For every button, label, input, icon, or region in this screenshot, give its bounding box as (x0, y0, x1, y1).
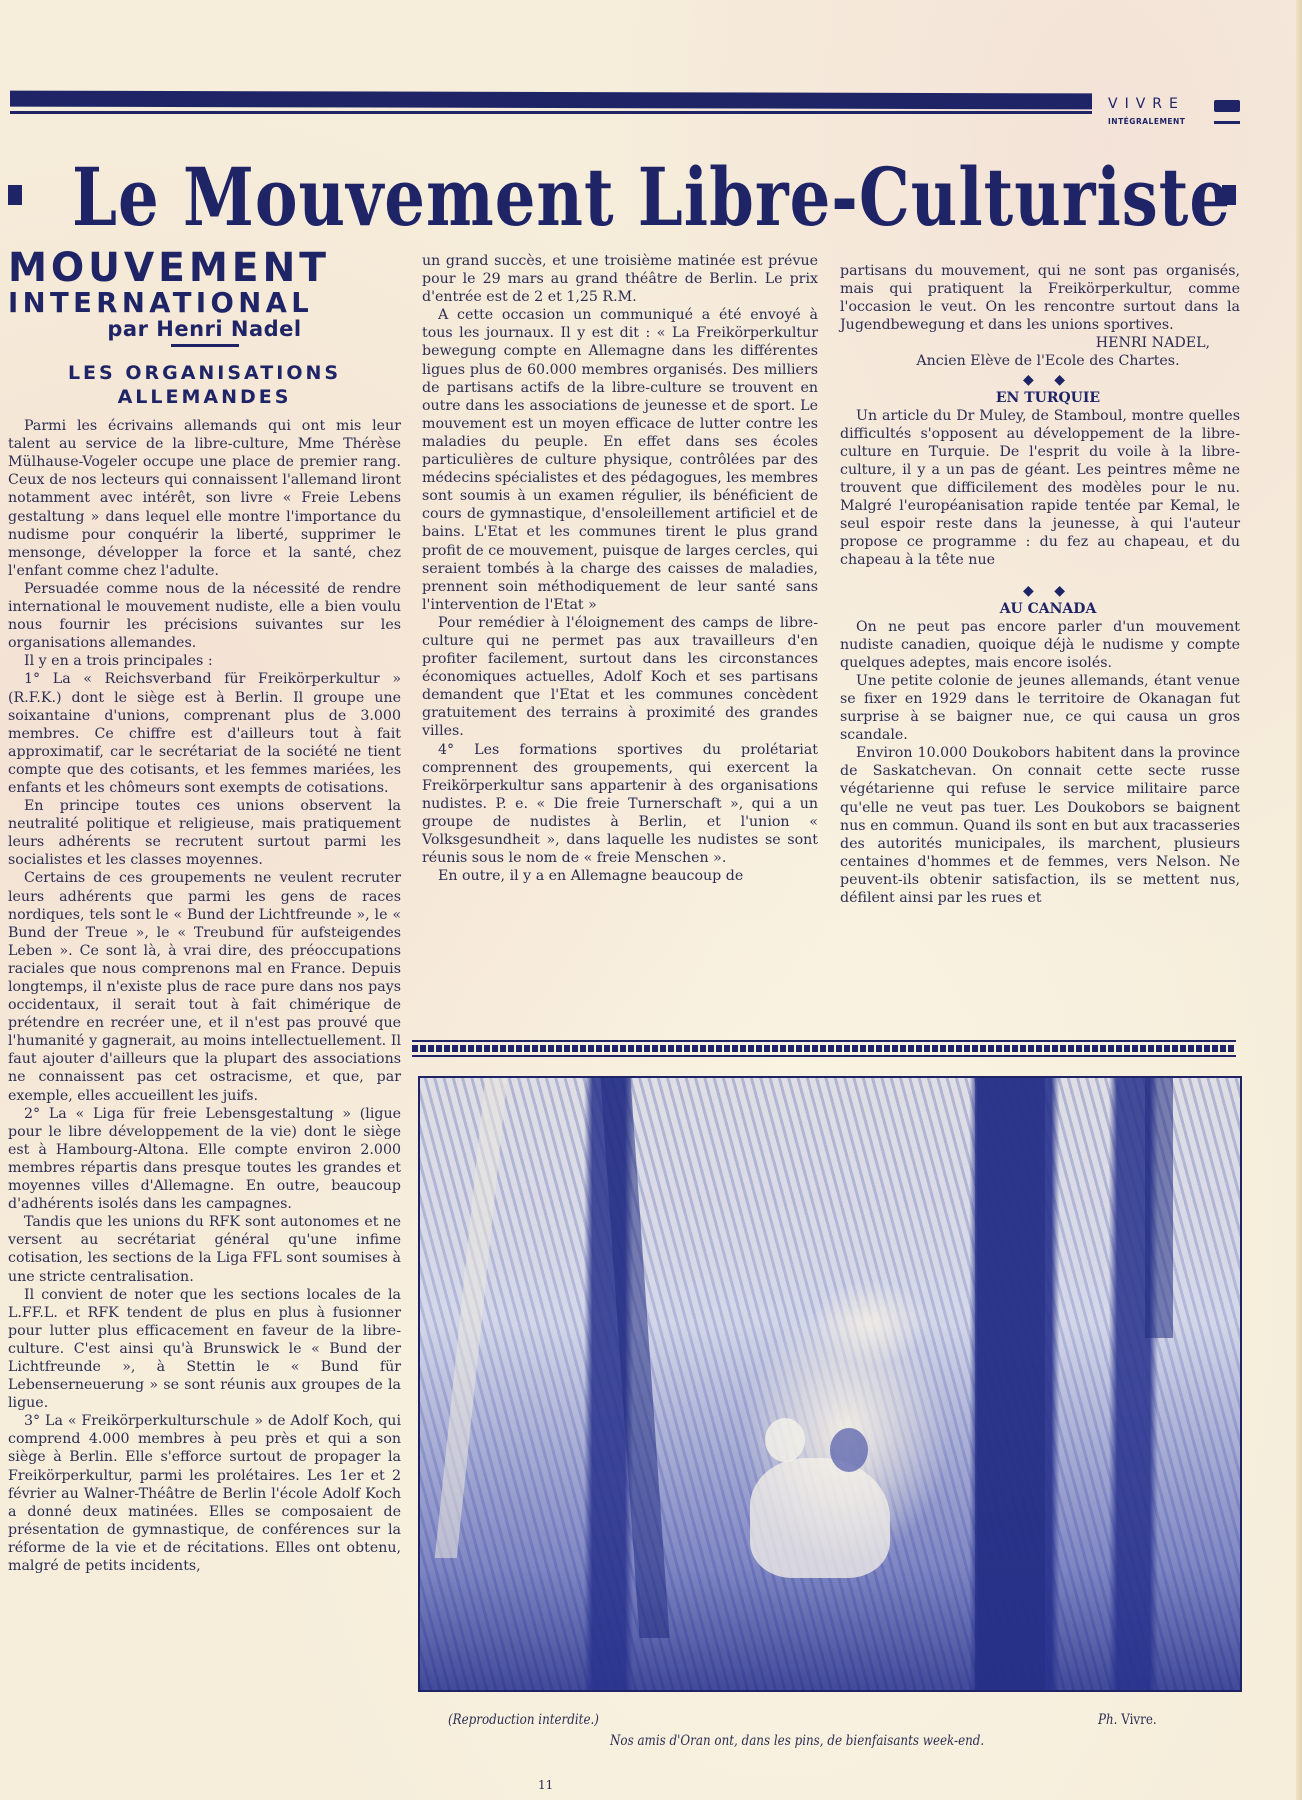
paragraph: un grand succès, et une troisième matiné… (422, 252, 818, 306)
section-heading: LES ORGANISATIONS ALLEMANDES (8, 361, 401, 409)
logo-block-icon (1214, 100, 1240, 112)
column-3-intro: partisans du mouvement, qui ne sont pas … (840, 262, 1240, 334)
masthead-logo: VIVRE INTÉGRALEMENT (1108, 96, 1258, 132)
turquie-body: Un article du Dr Muley, de Stamboul, mon… (840, 407, 1240, 570)
diamond-separator-icon: ◆ ◆ (840, 582, 1240, 600)
square-bullet-icon (8, 185, 22, 205)
paragraph: Une petite colonie de jeunes allemands, … (840, 672, 1240, 744)
logo-line-icon (1214, 121, 1240, 124)
author-title: Ancien Elève de l'Ecole des Chartes. (840, 352, 1240, 370)
square-bullet-icon (1222, 185, 1236, 205)
kicker-line-1: MOUVEMENT (8, 250, 393, 286)
paragraph: Un article du Dr Muley, de Stamboul, mon… (840, 407, 1240, 570)
paragraph: On ne peut pas encore parler d'un mouvem… (840, 618, 1240, 672)
article-column-3: partisans du mouvement, qui ne sont pas … (840, 262, 1240, 907)
photo-credit-notice: (Reproduction interdite.) (448, 1712, 599, 1728)
masthead-bar (10, 91, 1092, 110)
byline: par Henri Nadel (8, 320, 401, 338)
paragraph: Il convient de noter que les sections lo… (8, 1286, 401, 1413)
paragraph: Il y en a trois principales : (8, 652, 401, 670)
section-heading-turquie: EN TURQUIE (840, 389, 1240, 407)
paragraph: 2° La « Liga für freie Lebensgestaltung … (8, 1105, 401, 1214)
kicker-line-2: INTERNATIONAL (8, 286, 393, 320)
paragraph: 1° La « Reichsverband für Freikörperkult… (8, 670, 401, 797)
paragraph: Environ 10.000 Doukobors habitent dans l… (840, 744, 1240, 907)
paragraph: 4° Les formations sportives du prolétari… (422, 741, 818, 868)
column-2-body: un grand succès, et une troisième matiné… (422, 252, 818, 885)
paragraph: Tandis que les unions du RFK sont autono… (8, 1213, 401, 1285)
section-heading-canada: AU CANADA (840, 600, 1240, 618)
paragraph: En outre, il y a en Allemagne beaucoup d… (422, 867, 818, 885)
paragraph: 3° La « Freikörperkulturschule » de Adol… (8, 1412, 401, 1575)
paragraph: A cette occasion un communiqué a été env… (422, 306, 818, 614)
author-signature: HENRI NADEL, (840, 334, 1240, 352)
article-column-1: MOUVEMENT INTERNATIONAL par Henri Nadel … (8, 250, 401, 1575)
paragraph: Pour remédier à l'éloignement des camps … (422, 614, 818, 741)
article-column-2: un grand succès, et une troisième matiné… (422, 252, 818, 885)
column-1-body: Parmi les écrivains allemands qui ont mi… (8, 417, 401, 1575)
photo (418, 1076, 1242, 1692)
diamond-separator-icon: ◆ ◆ (840, 371, 1240, 389)
byline-rule (171, 344, 239, 347)
logo-title: VIVRE (1108, 96, 1185, 112)
masthead-rule (10, 111, 1092, 114)
photo-caption: Nos amis d'Oran ont, dans les pins, de b… (610, 1733, 984, 1749)
paragraph: Certains de ces groupements ne veulent r… (8, 869, 401, 1104)
paragraph: Parmi les écrivains allemands qui ont mi… (8, 417, 401, 580)
paragraph: En principe toutes ces unions observent … (8, 797, 401, 869)
canada-body: On ne peut pas encore parler d'un mouvem… (840, 618, 1240, 908)
page-number: 11 (538, 1778, 553, 1792)
photo-credit: Ph. Vivre. (1098, 1712, 1157, 1728)
page-title: Le Mouvement Libre-Culturiste (72, 151, 1187, 245)
page-edge (1296, 0, 1302, 1800)
decorative-border (412, 1040, 1236, 1060)
logo-subtitle: INTÉGRALEMENT (1108, 117, 1185, 126)
headline-row: Le Mouvement Libre-Culturiste (0, 155, 1302, 235)
paragraph: Persuadée comme nous de la nécessité de … (8, 580, 401, 652)
